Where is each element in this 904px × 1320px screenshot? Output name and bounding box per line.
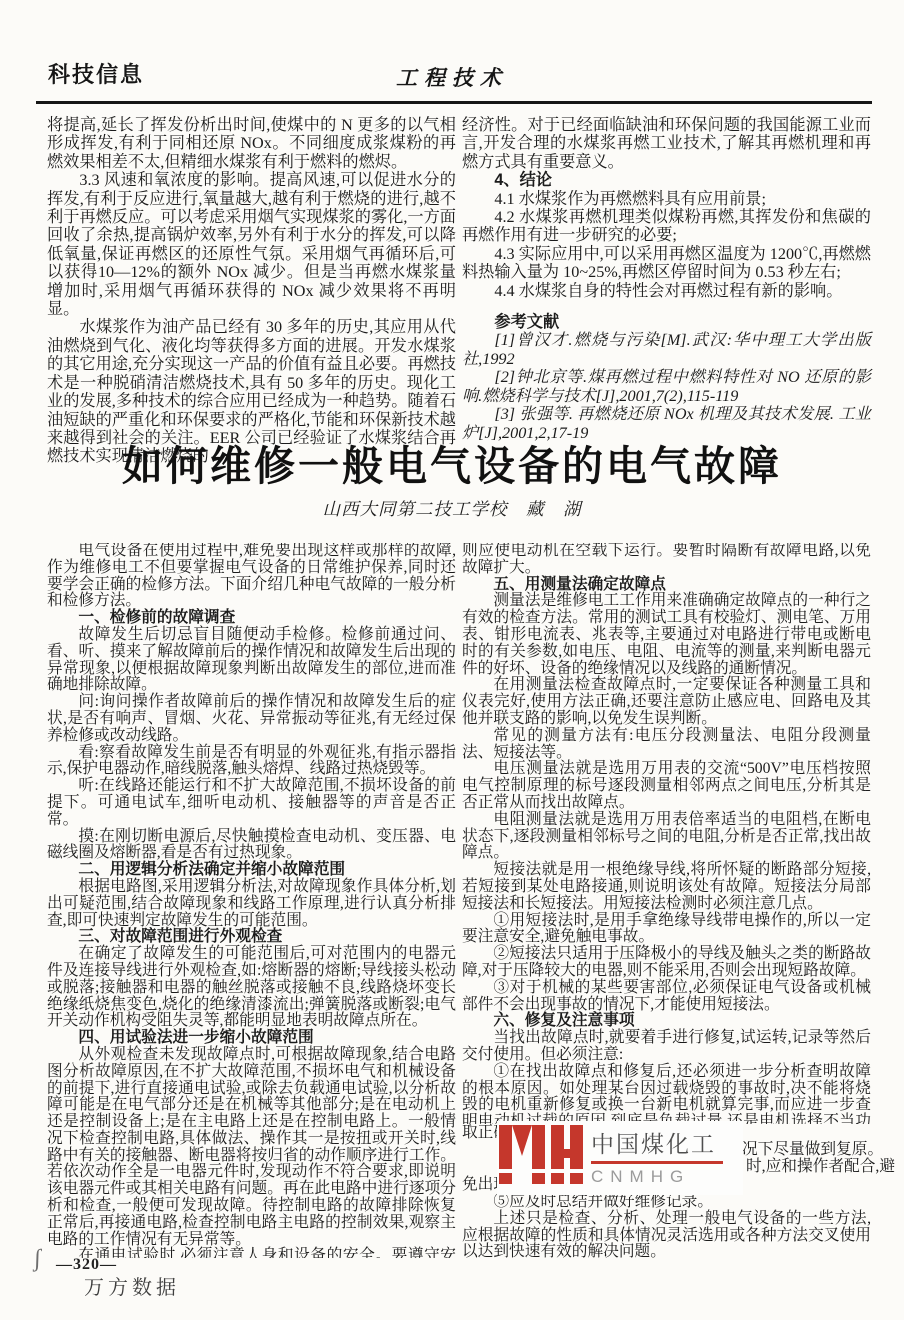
section-heading: 二、用逻辑分析法确定并缩小故障范围 <box>47 862 456 879</box>
paragraph: 问:询问操作者故障前后的操作情况和故障发生后的症状,是否有响声、冒烟、火花、异常… <box>47 694 456 744</box>
paragraph: 4.4 水煤浆自身的特性会对再燃过程有新的影响。 <box>462 282 871 300</box>
section-heading: 参考文献 <box>462 313 871 331</box>
paragraph: 在用测量法检查故障点时,一定要保证各种测量工具和仪表完好,使用方法正确,还要注意… <box>462 677 871 727</box>
paragraph: 短接法就是用一根绝缘导线,将所怀疑的断路部分短接,若短接到某处电路接通,则说明该… <box>462 862 871 912</box>
cnmhg-watermark: 中国煤化工 CNMHG <box>497 1121 743 1195</box>
section-heading: 三、对故障范围进行外观检查 <box>47 929 456 946</box>
paragraph: 3.3 风速和氧浓度的影响。提高风速,可以促进水分的挥发,有利于反应进行,氧量越… <box>47 171 456 318</box>
section-name: 工程技术 <box>0 62 904 92</box>
wanfang-data-mark: 万方数据 <box>84 1271 180 1300</box>
article1-left-column: 将提高,延长了挥发份析出时间,使煤中的 N 更多的以气相形成挥发,有利于同相还原… <box>47 116 456 466</box>
paragraph: ②短接法只适用于压降极小的导线及触头之类的断路故障,对于压降较大的电器,则不能采… <box>462 946 871 980</box>
paragraph: 电阻测量法就是选用万用表倍率适当的电阻档,在断电状态下,逐段测量相邻标号之间的电… <box>462 812 871 862</box>
paragraph: 当找出故障点时,就要着手进行修复,试运转,记录等然后交付使用。但必须注意: <box>462 1030 871 1064</box>
article2-right-column-lower: ⑤应及时总结并做好维修记录。上述只是检查、分析、处理一般电气设备的一些方法,应根… <box>462 1194 871 1261</box>
section-heading: 一、检修前的故障调查 <box>47 610 456 627</box>
watermark-latin-name: CNMHG <box>591 1167 743 1187</box>
paragraph: 电气设备在使用过程中,难免要出现这样或那样的故障,作为维修电工不但要掌握电气设备… <box>47 543 456 610</box>
paragraph: 将提高,延长了挥发份析出时间,使煤中的 N 更多的以气相形成挥发,有利于同相还原… <box>47 116 456 171</box>
watermark-texts: 中国煤化工 CNMHG <box>591 1121 743 1187</box>
article2-byline: 山西大同第二技工学校 藏 湖 <box>0 496 904 521</box>
paragraph: ③对于机械的某些要害部位,必须保证电气设备或机械部件不会出现事故的情况下,才能使… <box>462 980 871 1014</box>
paragraph: 故障发生后切忌盲目随便动手检修。检修前通过问、看、听、摸来了解故障前后的操作情况… <box>47 627 456 694</box>
paragraph: 4.2 水煤浆再燃机理类似煤粉再燃,其挥发份和焦碳的再燃作用有进一步研究的必要; <box>462 208 871 245</box>
paragraph: ①用短接法时,是用手拿绝缘导线带电操作的,所以一定要注意安全,避免触电事故。 <box>462 913 871 947</box>
paragraph: 常见的测量方法有:电压分段测量法、电阻分段测量法、短接法等。 <box>462 728 871 762</box>
paragraph: ①在找出故障点和修复后,还必须进一步分析查明故障的根本原因。如处理某台因过载烧毁… <box>462 1064 871 1124</box>
covered-line-fragment: 时,应和操作者配合,避 <box>746 1159 895 1176</box>
article2-right-column-upper: 则应使电动机在空载下运行。要暂时隔断有故障电路,以免故障扩大。五、用测量法确定故… <box>462 543 871 1124</box>
covered-line-fragment: 况下尽量做到复原。 <box>742 1142 883 1159</box>
section-heading: 4、结论 <box>462 171 871 189</box>
watermark-chinese-name: 中国煤化工 <box>591 1126 743 1160</box>
article1-right-column: 经济性。对于已经面临缺油和环保问题的我国能源工业而言,开发合理的水煤浆再燃工业技… <box>462 116 871 442</box>
cnmhg-logo-icon <box>499 1125 583 1185</box>
paragraph: 摸:在刚切断电源后,尽快触摸检查电动机、变压器、电磁线圈及熔断器,看是否有过热现… <box>47 829 456 863</box>
paragraph: 则应使电动机在空载下运行。要暂时隔断有故障电路,以免故障扩大。 <box>462 543 871 577</box>
paragraph: 根据电路图,采用逻辑分析法,对故障现象作具体分析,划出可疑范围,结合故障现象和线… <box>47 879 456 929</box>
section-heading: 六、修复及注意事项 <box>462 1013 871 1030</box>
paragraph: 经济性。对于已经面临缺油和环保问题的我国能源工业而言,开发合理的水煤浆再燃工业技… <box>462 116 871 171</box>
paragraph: 看:察看故障发生前是否有明显的外观征兆,有指示器指示,保护电器动作,暗线脱落,触… <box>47 745 456 779</box>
watermark-underline <box>591 1161 723 1164</box>
paragraph: 4.3 实际应用中,可以采用再燃区温度为 1200℃,再燃燃料热输入量为 10~… <box>462 245 871 282</box>
article2-left-column: 电气设备在使用过程中,难免要出现这样或那样的故障,作为维修电工不但要掌握电气设备… <box>47 543 456 1258</box>
paragraph: 测量法是维修电工工作用来准确确定故障点的一种行之有效的检查方法。常用的测试工具有… <box>462 593 871 677</box>
header-rule <box>36 101 872 104</box>
paragraph: [1]曾汉才.燃烧与污染[M].武汉:华中理工大学出版社,1992 <box>462 331 871 368</box>
article2-title: 如何维修一般电气设备的电气故障 <box>0 433 904 492</box>
section-heading: 四、用试验法进一步缩小故障范围 <box>47 1030 456 1047</box>
paragraph: 听:在线路还能运行和不扩大故障范围,不损坏设备的前提下。可通电试车,细听电动机、… <box>47 778 456 828</box>
pen-scribble: ʃ <box>32 1246 43 1274</box>
paragraph: 从外观检查未发现故障点时,可根据故障现象,结合电路图分析故障原因,在不扩大故障范… <box>47 1047 456 1249</box>
scanned-journal-page: 科技信息 工程技术 将提高,延长了挥发份析出时间,使煤中的 N 更多的以气相形成… <box>0 0 904 1320</box>
section-heading: 五、用测量法确定故障点 <box>462 577 871 594</box>
paragraph: 上述只是检查、分析、处理一般电气设备的一些方法,应根据故障的性质和具体情况灵活选… <box>462 1211 871 1261</box>
paragraph: 电压测量法就是选用万用表的交流“500V”电压档按照电气控制原理的标号逐段测量相… <box>462 761 871 811</box>
paragraph: ⑤应及时总结并做好维修记录。 <box>462 1194 871 1211</box>
paragraph: [2]钟北京等.煤再燃过程中燃料特性对 NO 还原的影响.燃烧科学与技术[J],… <box>462 368 871 405</box>
paragraph: 在确定了故障发生的可能范围后,可对范围内的电器元件及连接导线进行外观检查,如:熔… <box>47 946 456 1030</box>
paragraph: 4.1 水煤浆作为再燃燃料具有应用前景; <box>462 190 871 208</box>
